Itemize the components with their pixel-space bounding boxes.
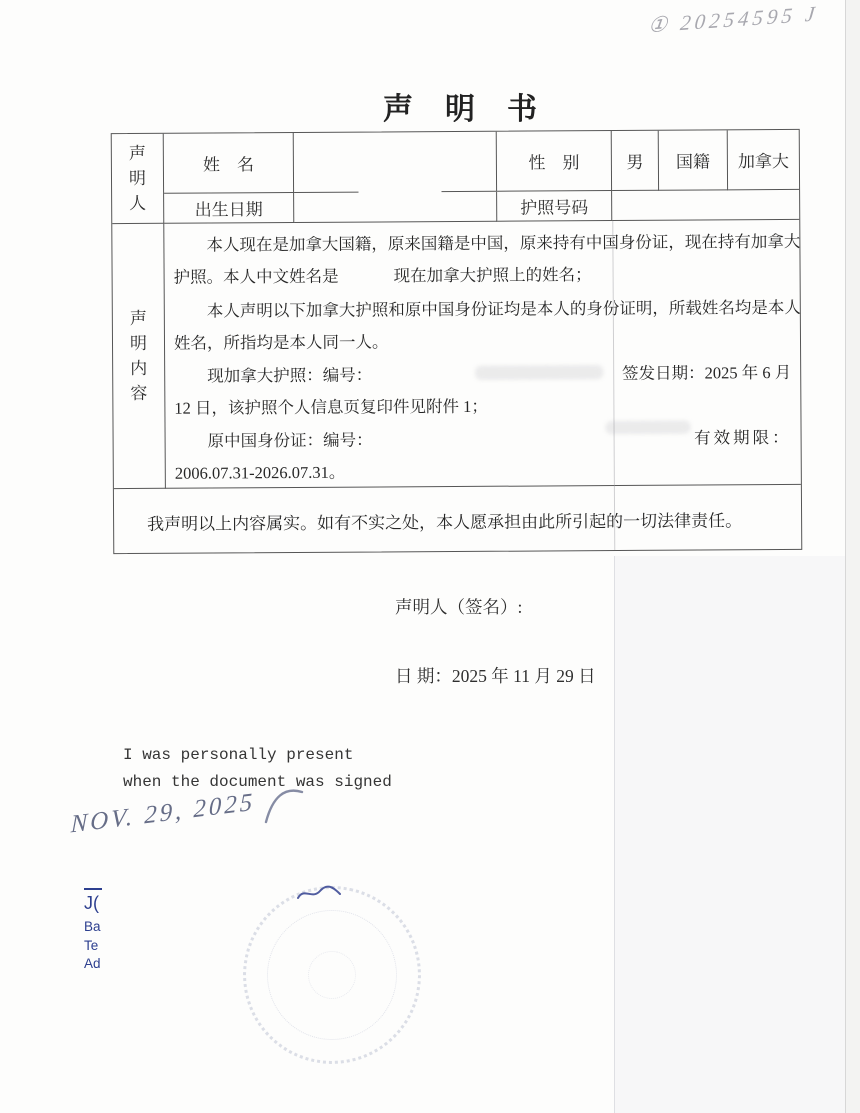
name-label: 姓 名: [203, 150, 254, 175]
dob-value-cell: [294, 192, 497, 223]
passport-value-cell: [612, 190, 799, 221]
content-line-8: 2006.07.31-2026.07.31。: [175, 462, 346, 485]
pen-squiggle: [295, 883, 343, 905]
content-line-4: 姓名，所指均是本人同一人。: [174, 331, 389, 354]
nationality-label-cell: 国籍: [659, 130, 728, 190]
gender-value-cell: 男: [612, 131, 659, 191]
handwritten-arc-mark: [258, 778, 310, 826]
scan-edge-band: [846, 0, 860, 1113]
content-label: 声 明 内 容: [130, 306, 148, 406]
date-line: 日 期：2025 年 11 月 29 日: [395, 663, 596, 688]
nationality-label: 国籍: [676, 147, 710, 172]
dob-label-cell: 出生日期: [164, 193, 294, 224]
notary-stamp-fragment-barrister: Ba: [84, 918, 102, 937]
passport-label: 护照号码: [520, 193, 588, 218]
gender-value: 男: [626, 148, 643, 173]
notary-stamp-block: J( Ba Te Ad: [84, 888, 102, 974]
declarant-header-cell: 声 明 人: [112, 134, 165, 224]
dob-label: 出生日期: [195, 195, 263, 220]
nationality-value: 加拿大: [738, 147, 789, 172]
validity-label-text: 有效期限：: [694, 427, 792, 450]
notary-stamp-fragment-tel: Te: [84, 937, 102, 956]
content-line-2b: 现在加拿大护照上的姓名；: [394, 264, 592, 287]
scanner-streak: [614, 556, 845, 1113]
name-label-cell: 姓 名: [164, 133, 294, 194]
redaction-smudge-id-no: [605, 421, 690, 435]
handwritten-date: NOV. 29, 2025: [70, 789, 255, 840]
issue-date-text: 签发日期：2025 年 6 月: [622, 362, 791, 385]
redaction-smudge-passport-no: [475, 365, 603, 380]
content-line-3: 本人声明以下加拿大护照和原中国身份证均是本人的身份证明，所载姓名均是本人: [207, 297, 801, 323]
content-line-6: 12 日，该护照个人信息页复印件见附件 1；: [174, 396, 488, 420]
witness-statement-line-1: I was personally present: [123, 742, 392, 769]
nationality-value-cell: 加拿大: [728, 130, 799, 190]
content-line-2a: 护照。本人中文姓名是: [174, 266, 339, 289]
signatory-label: 声明人（签名）:: [395, 594, 522, 619]
content-line-1: 本人现在是加拿大国籍，原来国籍是中国，原来持有中国身份证，现在持有加拿大: [206, 231, 800, 257]
name-value-cell: [294, 132, 497, 193]
notary-stamp-fragment-address: Ad: [84, 955, 102, 974]
scanned-declaration-page: ① 20254595 J 声明书 声 明 人 姓 名 性 别 男 国籍 加拿大 …: [0, 0, 860, 1113]
gender-label: 性 别: [528, 148, 579, 173]
gender-label-cell: 性 别: [497, 131, 612, 192]
document-title: 声明书: [383, 84, 569, 128]
validity-line: 有效期限：: [166, 427, 801, 453]
content-cell: 本人现在是加拿大国籍，原来国籍是中国，原来持有中国身份证，现在持有加拿大 护照。…: [164, 220, 801, 489]
passport-label-cell: 护照号码: [497, 191, 612, 222]
handwritten-file-number: ① 20254595 J: [647, 0, 859, 38]
statement-row: 我声明以上内容属实。如有不实之处，本人愿承担由此所引起的一切法律责任。: [114, 485, 801, 553]
scan-edge-line: [845, 0, 846, 1113]
content-header-cell: 声 明 内 容: [112, 224, 166, 489]
declarant-label: 声 明 人: [129, 141, 146, 216]
notary-stamp-fragment-name: J(: [84, 893, 102, 914]
notary-rule: [84, 888, 102, 890]
declaration-table: 声 明 人 姓 名 性 别 男 国籍 加拿大 出生日期 护照号码: [111, 129, 803, 554]
statement-text: 我声明以上内容属实。如有不实之处，本人愿承担由此所引起的一切法律责任。: [147, 506, 742, 535]
